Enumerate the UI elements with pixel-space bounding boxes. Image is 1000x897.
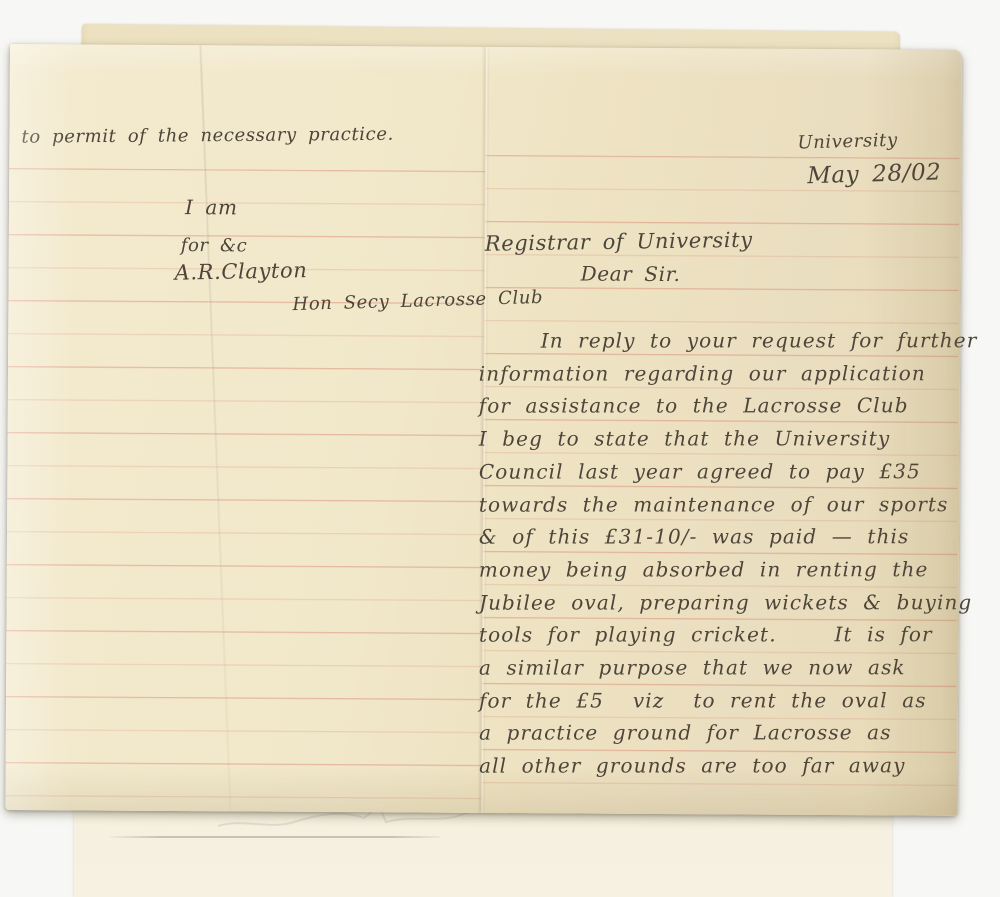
letter-place: University — [797, 130, 898, 154]
valediction: I am — [185, 195, 238, 219]
paper-sheet-main: to permit of the necessary practice. I a… — [5, 44, 962, 816]
letter-body-line: a similar purpose that we now ask — [479, 651, 979, 684]
signature-title: Hon Secy Lacrosse Club — [292, 287, 543, 315]
signature: A.R.Clayton — [174, 258, 307, 285]
per-abbrev: for &c — [181, 235, 248, 256]
letter-body-line: towards the maintenance of our sports — [479, 488, 979, 521]
recipient: Registrar of University — [485, 228, 753, 256]
letter-body-line: In reply to your request for further — [479, 324, 979, 357]
letter-body-line: all other grounds are too far away — [479, 749, 979, 782]
faint-ruled-line — [110, 836, 440, 838]
letter-body-line: tools for playing cricket. It is for — [479, 619, 979, 652]
letter-date: May 28/02 — [807, 159, 942, 189]
letter-body-line: I beg to state that the University — [479, 422, 979, 455]
left-fold-crease — [198, 45, 232, 811]
letter-body-line: money being absorbed in renting the — [479, 553, 979, 586]
letter-body-line: Council last year agreed to pay £35 — [479, 455, 979, 488]
letter-body-line: a practice ground for Lacrosse as — [479, 717, 979, 750]
letter-body-line: for the £5 viz to rent the oval as — [479, 684, 979, 717]
letter-body-line: Jubilee oval, preparing wickets & buying — [479, 586, 979, 619]
letter-body: In reply to your request for further inf… — [479, 324, 979, 782]
scanned-letter-canvas: to permit of the necessary practice. I a… — [0, 0, 1000, 897]
letter-body-line: for assistance to the Lacrosse Club — [479, 390, 979, 423]
salutation: Dear Sir. — [581, 261, 681, 286]
letter-body-line: & of this £31-10/- was paid — this — [479, 520, 979, 553]
closing-line: to permit of the necessary practice. — [21, 124, 394, 148]
letter-body-line: information regarding our application — [479, 357, 979, 390]
